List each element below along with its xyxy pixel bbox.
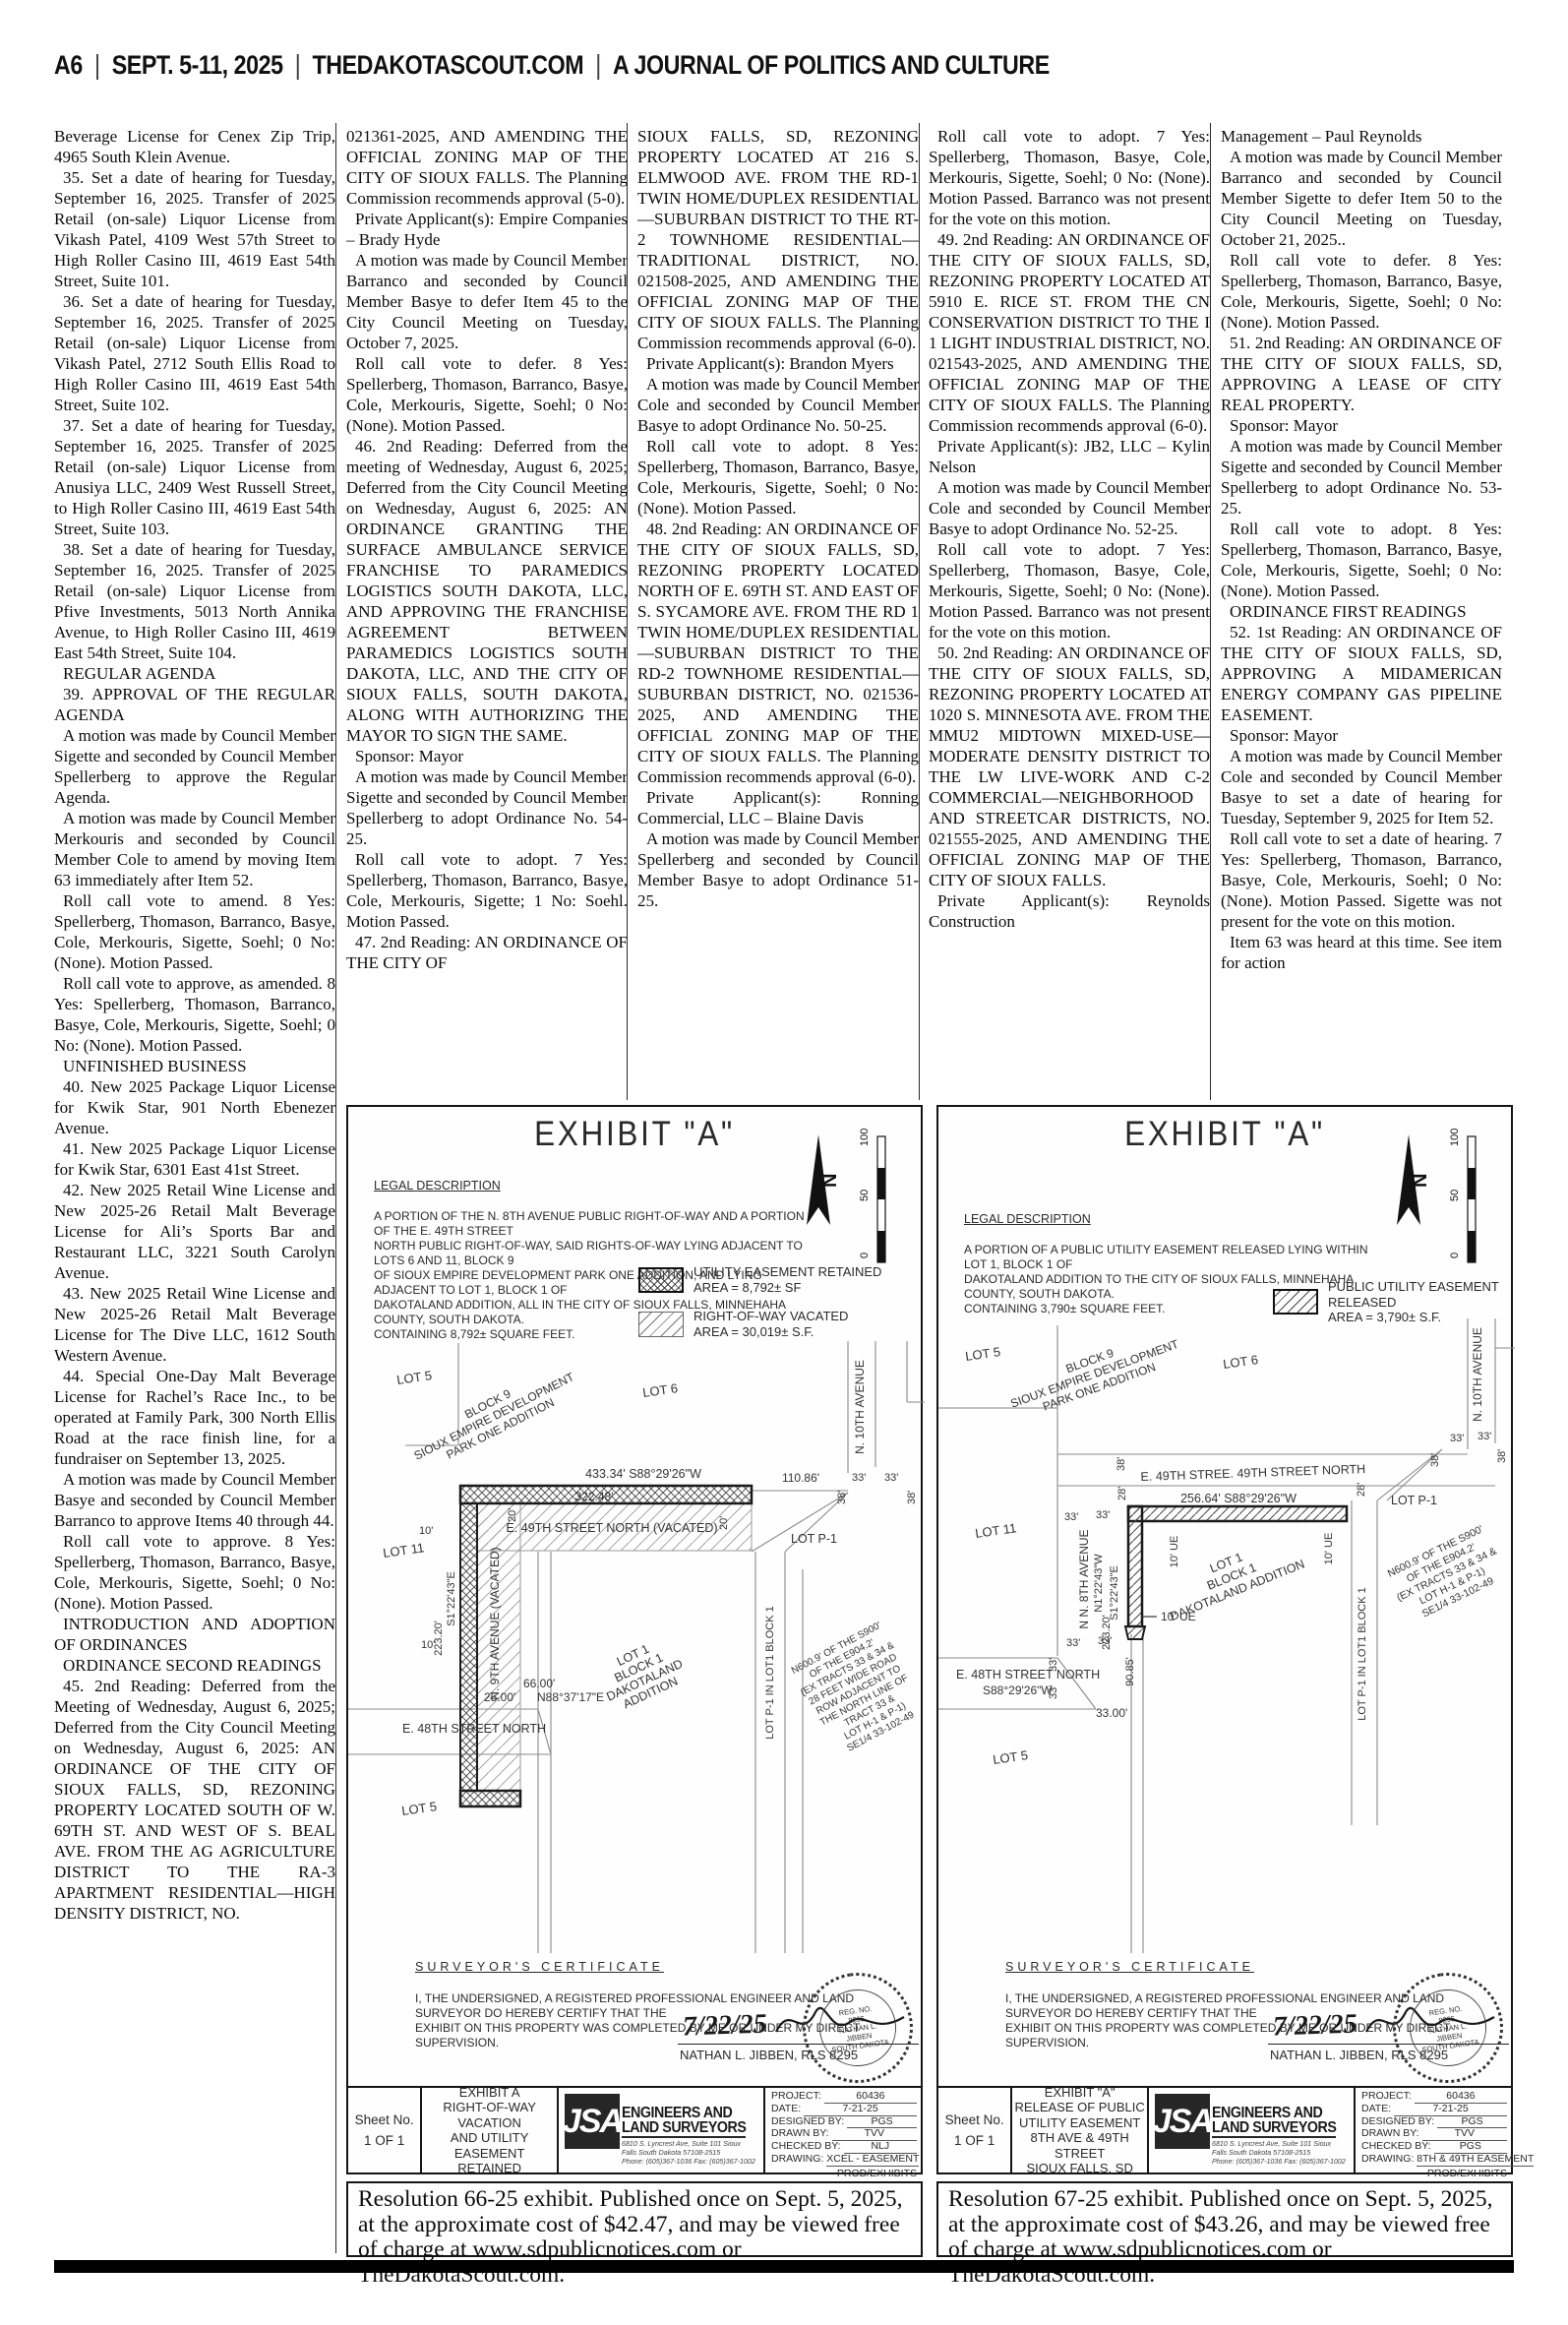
plat-dim: 33' <box>1478 1431 1491 1442</box>
plat-dim: 110.86' <box>782 1471 819 1485</box>
legend-label: PUBLIC UTILITY EASEMENT RELEASED AREA = … <box>1328 1279 1511 1325</box>
firm-cell: JSA ENGINEERS AND LAND SURVEYORS 6810 S.… <box>1149 2088 1356 2172</box>
notice-column-1: Beverage License for Cenex Zip Trip, 496… <box>54 126 335 2251</box>
plat-label: LOT 5 <box>964 1344 1001 1364</box>
notice-paragraph: Sponsor: Mayor <box>346 746 628 766</box>
notice-paragraph: 42. New 2025 Retail Wine License and New… <box>54 1180 335 1283</box>
drawing-title-cell: EXHIBIT "A" RELEASE OF PUBLIC UTILITY EA… <box>1012 2088 1149 2172</box>
plat-dim: 38' <box>836 1491 848 1504</box>
notice-paragraph: Roll call vote to adopt. 7 Yes: Spellerb… <box>346 849 628 932</box>
header-separator: | <box>583 49 613 80</box>
notice-paragraph: Private Applicant(s): JB2, LLC – Kylin N… <box>929 436 1210 477</box>
drawing-title-line: AND UTILITY EASEMENT <box>422 2130 557 2161</box>
notice-paragraph: Roll call vote to amend. 8 Yes: Spellerb… <box>54 890 335 973</box>
signature-date: 7/22/25 <box>1272 2009 1357 2044</box>
legend-entry: UTILITY EASEMENT RETAINED AREA = 8,792± … <box>638 1264 881 1295</box>
field-key: DRAWING: <box>771 2154 823 2167</box>
title-block: Sheet No. 1 OF 1 EXHIBIT A RIGHT-OF-WAY … <box>348 2086 921 2172</box>
notice-paragraph: Private Applicant(s): Ronning Commercial… <box>637 787 919 828</box>
legend: UTILITY EASEMENT RETAINED AREA = 8,792± … <box>638 1264 881 1339</box>
notice-paragraph: Roll call vote to defer. 8 Yes: Spellerb… <box>346 353 628 436</box>
drawing-title-line: RELEASE OF PUBLIC <box>1015 2100 1145 2115</box>
plat-dim: 20' <box>718 1516 730 1530</box>
notice-paragraph: 50. 2nd Reading: AN ORDINANCE OF THE CIT… <box>929 642 1210 890</box>
plat-dim: 38' <box>1429 1453 1441 1467</box>
plat-dim: S1°22'43"E <box>446 1571 457 1626</box>
plat-label: N. 9TH AVENUE (VACATED) <box>488 1547 502 1699</box>
plat-dim: 66.00' <box>523 1677 555 1690</box>
sheet-label: Sheet No. <box>945 2112 1004 2127</box>
header-date: SEPT. 5-11, 2025 <box>112 50 283 80</box>
notice-paragraph: ORDINANCE SECOND READINGS <box>54 1655 335 1676</box>
field-row: PROJECT:60436 <box>1361 2091 1507 2104</box>
plat-dim: 33' <box>1096 1509 1110 1521</box>
notice-paragraph: Private Applicant(s): Empire Companies –… <box>346 209 628 250</box>
page-header: A6|SEPT. 5-11, 2025|THEDAKOTASCOUT.COM|A… <box>54 49 1306 83</box>
notice-paragraph: Sponsor: Mayor <box>1221 415 1502 436</box>
exhibit-right: EXHIBIT "A" LOT 5 BLOCK <box>936 1105 1513 2174</box>
plat-label: LOT 6 <box>1222 1352 1259 1372</box>
notice-paragraph: A motion was made by Council Member Spel… <box>637 828 919 911</box>
plat-label: LOT P-1 IN LOT1 BLOCK 1 <box>1357 1587 1368 1721</box>
column-divider <box>1210 123 1211 1100</box>
legend-entry: PUBLIC UTILITY EASEMENT RELEASED AREA = … <box>1273 1279 1511 1325</box>
notice-paragraph: 48. 2nd Reading: AN ORDINANCE OF THE CIT… <box>637 519 919 787</box>
certificate-heading: SURVEYOR'S CERTIFICATE <box>1005 1960 1478 1975</box>
exhibit-left: EXHIBIT "A" <box>346 1105 923 2174</box>
field-value: 60436 <box>824 2091 917 2104</box>
legal-description-heading: LEGAL DESCRIPTION <box>964 1212 1387 1227</box>
sheet-number-cell: Sheet No. 1 OF 1 <box>348 2088 422 2172</box>
notice-paragraph: Roll call vote to approve, as amended. 8… <box>54 973 335 1056</box>
firm-name-line: ENGINEERS AND <box>622 2106 746 2120</box>
notice-paragraph: A motion was made by Council Member Cole… <box>637 374 919 436</box>
plat-dim: 20' <box>507 1508 518 1522</box>
field-row: DATE:7-21-25 <box>1361 2104 1507 2116</box>
field-value: 7-21-25 <box>804 2104 917 2116</box>
hatch-swatch-released <box>1273 1289 1318 1315</box>
plat-dim: 90.85' <box>1124 1657 1136 1686</box>
notice-paragraph: Private Applicant(s): Reynolds Construct… <box>929 890 1210 932</box>
field-value: 7-21-25 <box>1394 2104 1507 2116</box>
notice-paragraph: Roll call vote to approve. 8 Yes: Spelle… <box>54 1531 335 1614</box>
sheet-number: 1 OF 1 <box>954 2133 995 2148</box>
scale-label: 100 <box>1449 1129 1461 1146</box>
notice-paragraph: INTRODUCTION AND ADOPTION OF ORDINANCES <box>54 1614 335 1655</box>
notice-paragraph: 36. Set a date of hearing for Tuesday, S… <box>54 291 335 415</box>
notice-paragraph: A motion was made by Council Member Barr… <box>346 250 628 353</box>
field-key: PROJECT: <box>1361 2091 1412 2104</box>
notice-paragraph: Sponsor: Mayor <box>1221 725 1502 746</box>
sheet-label: Sheet No. <box>355 2112 414 2127</box>
plat-dim: 256.64' S88°29'26"W <box>1180 1492 1297 1505</box>
notice-paragraph: Item 63 was heard at this time. See item… <box>1221 932 1502 973</box>
notice-paragraph: UNFINISHED BUSINESS <box>54 1056 335 1076</box>
sheet-number-cell: Sheet No. 1 OF 1 <box>938 2088 1012 2172</box>
plat-dim: S1°22'43"E <box>1109 1565 1120 1621</box>
notice-paragraph: SIOUX FALLS, SD, REZONING PROPERTY LOCAT… <box>637 126 919 353</box>
plat-label: SIOUX EMPIRE DEVELOPMENT <box>412 1370 577 1463</box>
plat-dim: 10' <box>419 1525 433 1537</box>
plat-dim: 322.48' <box>575 1490 614 1503</box>
plat-dim: 33' <box>1098 1635 1112 1647</box>
drawing-title-line: UTILITY EASEMENT <box>1019 2115 1140 2131</box>
north-label: N <box>819 1174 841 1188</box>
firm-name: ENGINEERS AND LAND SURVEYORS <box>622 2106 746 2138</box>
notice-paragraph: Roll call vote to adopt. 8 Yes: Spellerb… <box>637 436 919 519</box>
notice-paragraph: Roll call vote to defer. 8 Yes: Spellerb… <box>1221 250 1502 333</box>
legend-entry: RIGHT-OF-WAY VACATED AREA = 30,019± S.F. <box>638 1309 881 1339</box>
plat-dim: S88°29'26"W <box>983 1683 1053 1697</box>
scale-label: 50 <box>859 1190 871 1201</box>
field-key: PROJECT: <box>771 2091 821 2104</box>
drawing-title-line: RETAINED <box>457 2161 521 2176</box>
field-row: PROJECT:60436 <box>771 2091 917 2104</box>
scale-label: 50 <box>1449 1190 1461 1201</box>
newspaper-page: A6|SEPT. 5-11, 2025|THEDAKOTASCOUT.COM|A… <box>0 0 1568 2325</box>
notice-paragraph: A motion was made by Council Member Cole… <box>929 477 1210 539</box>
notice-paragraph: 46. 2nd Reading: Deferred from the meeti… <box>346 436 628 746</box>
plat-label: LOT 6 <box>641 1380 679 1400</box>
hatch-swatch-vacated <box>638 1312 684 1337</box>
plat-label: LOT 5 <box>992 1747 1029 1767</box>
drawing-title-line: EXHIBIT "A" <box>1045 2085 1116 2101</box>
legal-description-heading: LEGAL DESCRIPTION <box>374 1179 807 1193</box>
field-key: DATE: <box>1361 2104 1391 2116</box>
plat-dim: 25.00' <box>484 1690 515 1704</box>
column-divider <box>335 123 336 2253</box>
field-key: DATE: <box>771 2104 801 2116</box>
notice-column-3: SIOUX FALLS, SD, REZONING PROPERTY LOCAT… <box>637 126 919 1102</box>
notice-paragraph: 40. New 2025 Package Liquor License for … <box>54 1076 335 1138</box>
field-value: 8TH & 49TH EASEMENT <box>1417 2154 1534 2167</box>
notice-paragraph: 51. 2nd Reading: AN ORDINANCE OF THE CIT… <box>1221 333 1502 415</box>
firm-cell: JSA ENGINEERS AND LAND SURVEYORS 6810 S.… <box>559 2088 765 2172</box>
drawing-title-line: RIGHT-OF-WAY VACATION <box>422 2100 557 2130</box>
plat-label: E. 48TH STREET NORTH <box>956 1668 1100 1682</box>
title-block-footer: PROD/EXHIBITS <box>771 2168 917 2179</box>
firm-name-line: LAND SURVEYORS <box>1212 2120 1336 2135</box>
firm-address: 6810 S. Lyncrest Ave, Suite 101 Sioux Fa… <box>622 2139 756 2166</box>
plat-label: LOT 5 <box>400 1799 438 1818</box>
notice-paragraph: A motion was made by Council Member Merk… <box>54 808 335 890</box>
firm-name: ENGINEERS AND LAND SURVEYORS <box>1212 2106 1336 2138</box>
title-block-footer: PROD/EXHIBITS <box>1361 2168 1507 2179</box>
plat-dim: 28' <box>1356 1483 1367 1497</box>
field-key: DRAWING: <box>1361 2154 1414 2167</box>
notice-paragraph: Beverage License for Cenex Zip Trip, 496… <box>54 126 335 167</box>
notice-paragraph: A motion was made by Council Member Sige… <box>1221 436 1502 519</box>
notice-column-2: 021361-2025, AND AMENDING THE OFFICIAL Z… <box>346 126 628 1102</box>
notice-paragraph: Roll call vote to adopt. 7 Yes: Spellerb… <box>929 539 1210 642</box>
header-tagline: A JOURNAL OF POLITICS AND CULTURE <box>613 50 1050 80</box>
north-arrow-icon: N 100 50 0 <box>791 1129 907 1276</box>
plat-label: LOT P-1 <box>1391 1494 1437 1507</box>
plat-dim: N88°37'17"E <box>537 1690 604 1704</box>
jsa-logo-text: JSA <box>1153 2103 1212 2141</box>
notice-paragraph: ORDINANCE FIRST READINGS <box>1221 601 1502 622</box>
header-separator: | <box>83 49 112 80</box>
drawing-title-line: 8TH AVE & 49TH STREET <box>1012 2130 1147 2161</box>
scale-label: 0 <box>859 1253 871 1258</box>
plat-dim: 38' <box>906 1491 918 1504</box>
certificate-heading: SURVEYOR'S CERTIFICATE <box>415 1960 887 1975</box>
field-row: DATE:7-21-25 <box>771 2104 917 2116</box>
legend: PUBLIC UTILITY EASEMENT RELEASED AREA = … <box>1273 1279 1511 1325</box>
plat-label: LOT P-1 IN LOT1 BLOCK 1 <box>764 1606 776 1740</box>
plat-dim: 433.34' S88°29'26"W <box>585 1467 701 1481</box>
notice-paragraph: A motion was made by Council Member Barr… <box>1221 147 1502 250</box>
plat-label: E. 49TH STREET NORTH (VACATED) <box>506 1521 717 1535</box>
firm-name-line: LAND SURVEYORS <box>622 2120 746 2135</box>
notice-paragraph: A motion was made by Council Member Sige… <box>346 766 628 849</box>
plat-label: LOT 11 <box>974 1520 1017 1541</box>
publication-note-left: Resolution 66-25 exhibit. Published once… <box>346 2181 923 2257</box>
firm-address: 6810 S. Lyncrest Ave, Suite 101 Sioux Fa… <box>1212 2139 1347 2166</box>
notice-paragraph: Roll call vote to adopt. 8 Yes: Spellerb… <box>1221 519 1502 601</box>
plat-dim: 33.00' <box>1096 1706 1127 1720</box>
plat-label: N. 10TH AVENUE <box>853 1360 867 1454</box>
notice-paragraph: Roll call vote to set a date of hearing.… <box>1221 828 1502 932</box>
jsa-logo-text: JSA <box>563 2103 622 2141</box>
field-row: DRAWING:XCEL - EASEMENT <box>771 2154 917 2167</box>
plat-dim: 33' <box>1064 1511 1078 1523</box>
project-fields-cell: PROJECT:60436 DATE:7-21-25 DESIGNED BY:P… <box>1356 2088 1511 2172</box>
plat-dim: 33' <box>884 1472 898 1484</box>
scale-label: 100 <box>859 1129 871 1146</box>
plat-dim: 223.20' <box>433 1621 445 1656</box>
notice-column-5: Management – Paul Reynolds A motion was … <box>1221 126 1502 1102</box>
jsa-logo: JSA <box>565 2094 620 2149</box>
notice-paragraph: Private Applicant(s): Brandon Myers <box>637 353 919 374</box>
title-block: Sheet No. 1 OF 1 EXHIBIT "A" RELEASE OF … <box>938 2086 1511 2172</box>
plat-dim: 33' <box>852 1472 866 1484</box>
north-label: N <box>1410 1174 1431 1188</box>
field-value: 60436 <box>1415 2091 1507 2104</box>
plat-dim: 28' <box>1116 1487 1128 1500</box>
legend-label: UTILITY EASEMENT RETAINED AREA = 8,792± … <box>694 1264 881 1295</box>
publication-note-right: Resolution 67-25 exhibit. Published once… <box>936 2181 1513 2257</box>
jsa-logo: JSA <box>1155 2094 1210 2149</box>
notice-paragraph: 43. New 2025 Retail Wine License and New… <box>54 1283 335 1366</box>
notice-paragraph: 41. New 2025 Package Liquor License for … <box>54 1138 335 1180</box>
notice-paragraph: 39. APPROVAL OF THE REGULAR AGENDA <box>54 684 335 725</box>
notice-paragraph: 47. 2nd Reading: AN ORDINANCE OF THE CIT… <box>346 932 628 973</box>
plat-label: N. 10TH AVENUE <box>1471 1327 1484 1422</box>
plat-label: E. 49TH STREE. 49TH STREET NORTH <box>1140 1462 1365 1484</box>
plat-label: LOT 11 <box>382 1540 425 1560</box>
field-row: DRAWING:8TH & 49TH EASEMENT <box>1361 2154 1507 2167</box>
notice-paragraph: 37. Set a date of hearing for Tuesday, S… <box>54 415 335 539</box>
header-site: THEDAKOTASCOUT.COM <box>313 50 584 80</box>
plat-dim: 38' <box>1116 1457 1127 1471</box>
notice-paragraph: Management – Paul Reynolds <box>1221 126 1502 147</box>
header-separator: | <box>283 49 313 80</box>
plat-dim: 10' UE <box>1323 1533 1335 1565</box>
notice-paragraph: 44. Special One-Day Malt Beverage Licens… <box>54 1366 335 1469</box>
scale-label: 0 <box>1449 1253 1461 1258</box>
notice-paragraph: REGULAR AGENDA <box>54 663 335 684</box>
notice-paragraph: 35. Set a date of hearing for Tuesday, S… <box>54 167 335 291</box>
hatch-swatch-retained <box>638 1267 684 1293</box>
plat-dim: 33' <box>1066 1637 1080 1649</box>
sheet-number: 1 OF 1 <box>364 2133 404 2148</box>
page-number: A6 <box>54 50 83 80</box>
notice-paragraph: Roll call vote to adopt. 7 Yes: Spellerb… <box>929 126 1210 229</box>
bottom-rule <box>54 2260 1514 2273</box>
notice-paragraph: 49. 2nd Reading: AN ORDINANCE OF THE CIT… <box>929 229 1210 436</box>
notice-paragraph: 38. Set a date of hearing for Tuesday, S… <box>54 539 335 663</box>
column-divider <box>919 123 920 1100</box>
plat-dim: N1°22'43"W <box>1093 1554 1105 1613</box>
plat-dim: 10' UE <box>1169 1536 1180 1568</box>
plat-dim: 33' <box>1450 1433 1464 1444</box>
notice-paragraph: 52. 1st Reading: AN ORDINANCE OF THE CIT… <box>1221 622 1502 725</box>
notice-paragraph: 45. 2nd Reading: Deferred from the Meeti… <box>54 1676 335 1924</box>
legend-label: RIGHT-OF-WAY VACATED AREA = 30,019± S.F. <box>694 1309 848 1339</box>
plat-label: LOT 5 <box>395 1368 433 1387</box>
notice-paragraph: A motion was made by Council Member Sige… <box>54 725 335 808</box>
seal-text: REG. NO. 8295 NATHAN L. JIBBEN SOUTH DAK… <box>814 1985 901 2071</box>
notice-paragraph: A motion was made by Council Member Basy… <box>54 1469 335 1531</box>
seal-text: REG. NO. 8295 NATHAN L. JIBBEN SOUTH DAK… <box>1405 1985 1491 2071</box>
drawing-title-line: EXHIBIT A <box>459 2085 520 2101</box>
field-value: XCEL - EASEMENT <box>826 2154 919 2167</box>
notice-paragraph: A motion was made by Council Member Cole… <box>1221 746 1502 828</box>
project-fields-cell: PROJECT:60436 DATE:7-21-25 DESIGNED BY:P… <box>765 2088 921 2172</box>
firm-name-line: ENGINEERS AND <box>1212 2106 1336 2120</box>
drawing-title-line: SIOUX FALLS, SD <box>1026 2161 1132 2176</box>
plat-label: N N. 8TH AVENUE <box>1077 1529 1091 1628</box>
plat-label: E. 48TH STREET NORTH <box>402 1722 546 1736</box>
north-arrow-icon: N 100 50 0 <box>1381 1129 1497 1276</box>
notice-paragraph: 021361-2025, AND AMENDING THE OFFICIAL Z… <box>346 126 628 209</box>
signature-date: 7/22/25 <box>682 2009 767 2044</box>
notice-column-4: Roll call vote to adopt. 7 Yes: Spellerb… <box>929 126 1210 1102</box>
plat-label: LOT P-1 <box>791 1532 837 1546</box>
drawing-title-cell: EXHIBIT A RIGHT-OF-WAY VACATION AND UTIL… <box>422 2088 559 2172</box>
plat-dim: 38' <box>1496 1449 1508 1463</box>
